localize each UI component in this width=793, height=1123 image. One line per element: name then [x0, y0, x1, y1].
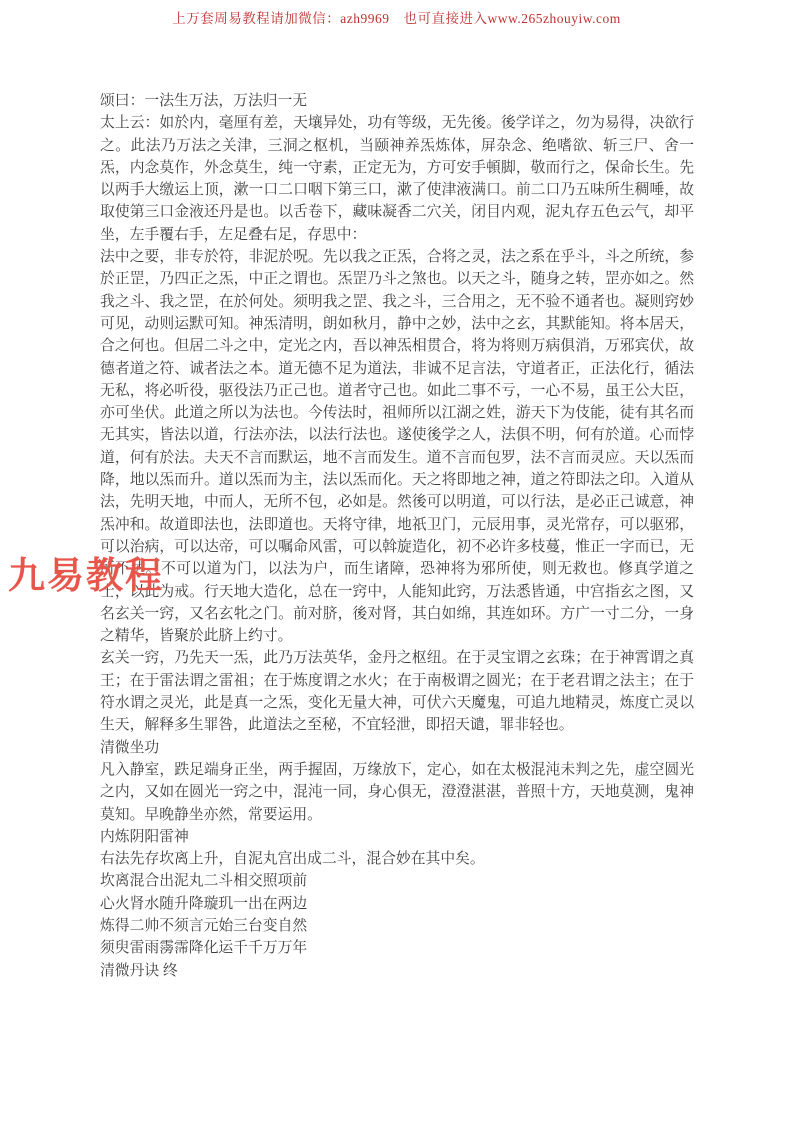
paragraph-xuanguan: 玄关一窍，乃先天一炁，此乃万法英华，金丹之枢纽。在于灵宝谓之玄珠；在于神霄谓之真…	[100, 647, 694, 736]
header-ad-text: 上万套周易教程请加微信：azh9969 也可直接进入www.265zhouyiw…	[0, 7, 793, 27]
ode-line: 颂曰：一法生万法，万法归一无	[100, 90, 694, 112]
paragraph-fazhong: 法中之要，非专於符，非泥於呪。先以我之正炁，合将之灵，法之系在乎斗，斗之所统，参…	[100, 246, 694, 647]
verse-line-2: 心火肾水随升降璇玑一出在两边	[100, 893, 694, 915]
paragraph-taishang: 太上云：如於内，毫厘有差，天壤异处，功有等级，无先後。後学详之，勿为易得，决欲行…	[100, 112, 694, 246]
paragraph-youfa: 右法先存坎离上升，自泥丸宫出成二斗，混合妙在其中矣。	[100, 848, 694, 870]
section-heading-leishen: 内炼阴阳雷神	[100, 826, 694, 848]
document-body: 颂曰：一法生万法，万法归一无 太上云：如於内，毫厘有差，天壤异处，功有等级，无先…	[100, 90, 694, 982]
ending-line: 清微丹诀 终	[100, 960, 694, 982]
watermark-text: 九易教程	[8, 545, 164, 599]
verse-line-1: 坎离混合出泥丸二斗相交照项前	[100, 870, 694, 892]
paragraph-jingshi: 凡入静室，跌足端身正坐，两手握固，万缘放下，定心，如在太极混沌未判之先，虚空圆光…	[100, 759, 694, 826]
document-page: 上万套周易教程请加微信：azh9969 也可直接进入www.265zhouyiw…	[0, 0, 793, 1123]
section-heading-zuogong: 清微坐功	[100, 737, 694, 759]
verse-line-4: 须臾雷雨霶霈降化运千千万万年	[100, 937, 694, 959]
verse-line-3: 炼得二帅不须言元始三台变自然	[100, 915, 694, 937]
